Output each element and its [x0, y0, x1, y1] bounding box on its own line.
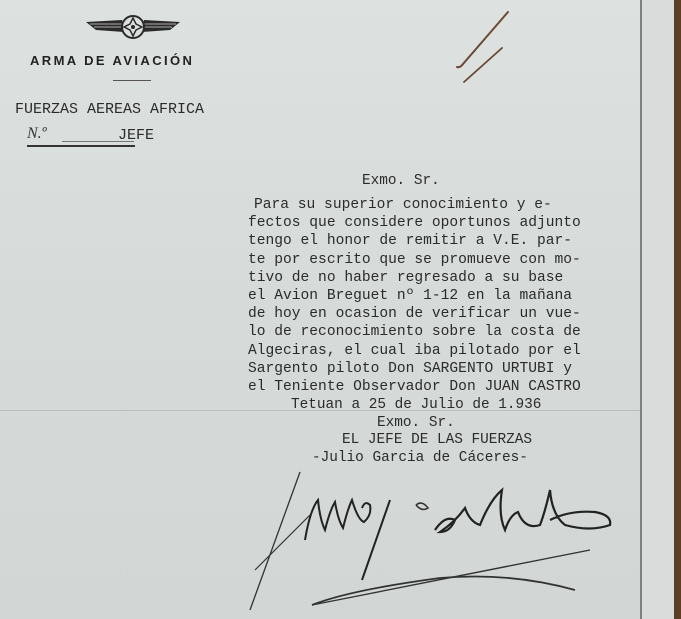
place-date: Tetuan a 25 de Julio de 1.936 — [291, 396, 541, 414]
signatory-title: EL JEFE DE LAS FUERZAS — [342, 431, 532, 449]
handwritten-signature-icon — [240, 460, 640, 619]
organization-heading: ARMA DE AVIACIÓN — [30, 53, 194, 68]
heading-divider — [113, 80, 151, 81]
body-line: lo de reconocimiento sobre la costa de — [248, 323, 581, 341]
closing-salutation: Exmo. Sr. — [377, 414, 455, 432]
body-line: Sargento piloto Don SARGENTO URTUBI y — [248, 360, 581, 378]
body-line: Para su superior conocimiento y e- — [248, 196, 581, 214]
body-line: fectos que considere oportunos adjunto — [248, 214, 581, 232]
number-underline — [27, 145, 135, 147]
number-label: N.º — [27, 125, 47, 143]
body-line: el Teniente Observador Don JUAN CASTRO — [248, 378, 581, 396]
body-line: tengo el honor de remitir a V.E. par- — [248, 232, 581, 250]
body-line: te por escrito que se promueve con mo- — [248, 251, 581, 269]
pencil-marks-icon — [440, 0, 540, 100]
letter-body: Para su superior conocimiento y e- fecto… — [248, 196, 581, 396]
table-edge — [674, 0, 681, 619]
body-line: Algeciras, el cual iba pilotado por el — [248, 342, 581, 360]
body-line: el Avion Breguet nº 1-12 en la mañana — [248, 287, 581, 305]
unit-heading: FUERZAS AEREAS AFRICA — [15, 101, 204, 119]
body-line: tivo de no haber regresado a su base — [248, 269, 581, 287]
underlying-sheet-edge — [640, 0, 676, 619]
salutation: Exmo. Sr. — [362, 172, 440, 190]
office-label: JEFE — [118, 127, 154, 145]
aviation-wings-emblem-icon — [84, 14, 182, 44]
body-line: de hoy en ocasion de verificar un vue- — [248, 305, 581, 323]
